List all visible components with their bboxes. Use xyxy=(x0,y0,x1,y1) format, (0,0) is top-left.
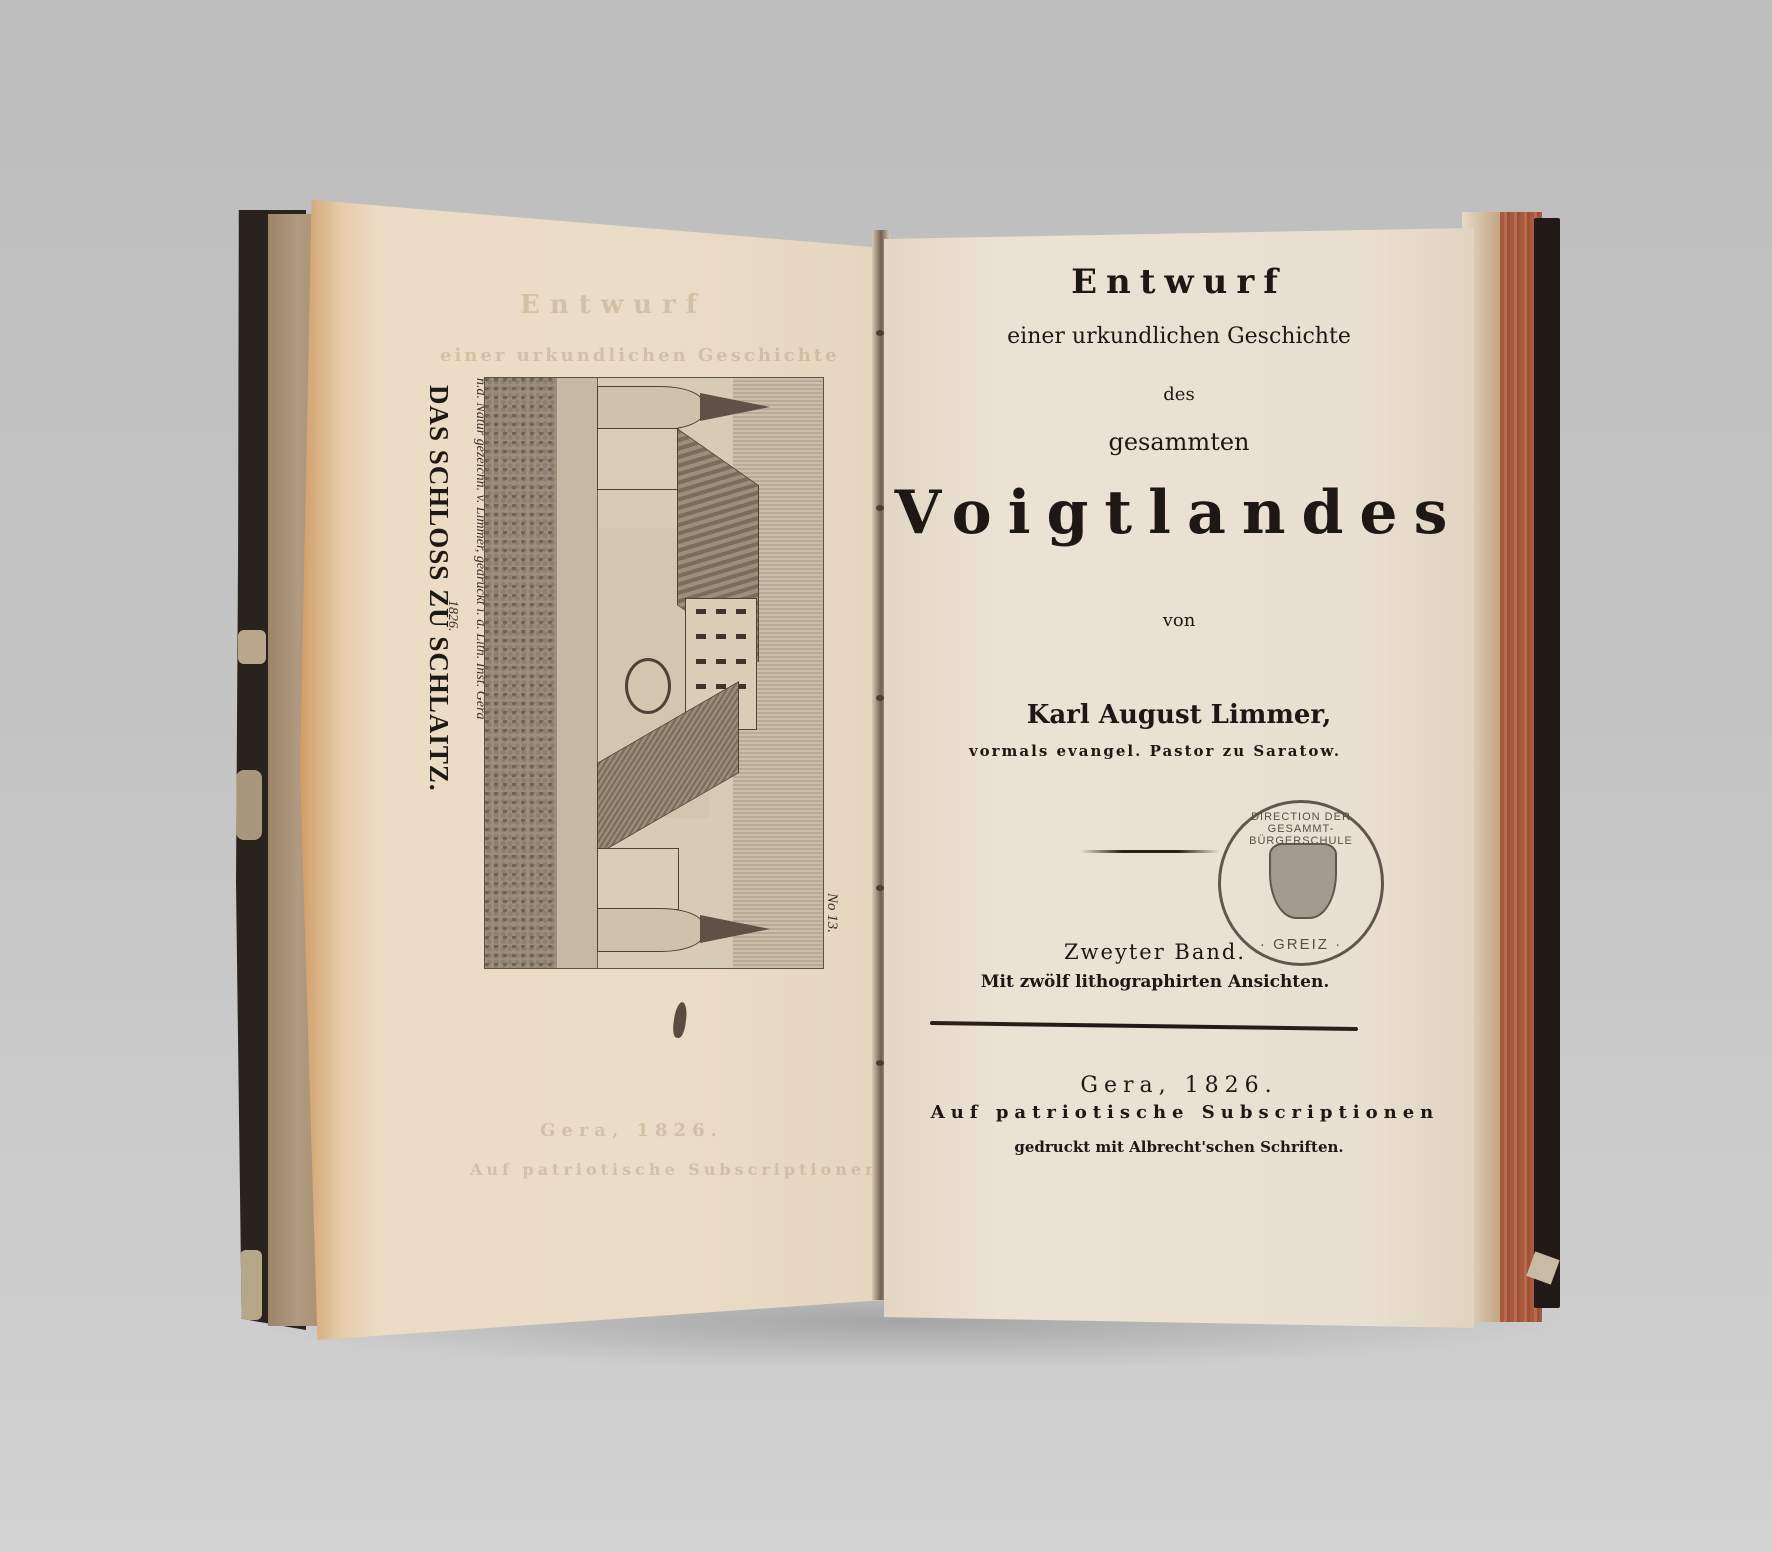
stamp-ring-text: DIRECTION DER GESAMMT-BÜRGERSCHULE xyxy=(1221,811,1381,847)
plate-year: 1826. xyxy=(444,600,460,632)
tower-bottom xyxy=(597,908,704,952)
author-name: Karl August Limmer, xyxy=(884,700,1474,730)
fountain xyxy=(625,658,671,714)
cover-wear xyxy=(236,770,262,840)
binding-stitch xyxy=(876,330,884,336)
title-von: von xyxy=(884,610,1474,631)
title-gesammten: gesammten xyxy=(884,428,1474,456)
volume-note: Mit zwölf lithographirten Ansichten. xyxy=(860,972,1450,992)
plate-caption: DAS SCHLOSS ZU SCHLAITZ. xyxy=(414,385,454,985)
title-des: des xyxy=(884,384,1474,405)
wing-top xyxy=(597,428,679,490)
binding-stitch xyxy=(876,885,884,891)
photo-scene: Entwurf einer urkundlichen Geschichte Ge… xyxy=(0,0,1772,1552)
author-role: vormals evangel. Pastor zu Saratow. xyxy=(860,742,1450,760)
cover-wear xyxy=(240,1250,262,1320)
cover-wear xyxy=(238,630,266,664)
castle-engraving xyxy=(484,377,824,969)
volume-label: Zweyter Band. xyxy=(860,940,1450,964)
road xyxy=(557,378,598,968)
shield-icon xyxy=(1269,843,1337,919)
spire-bottom xyxy=(700,915,770,943)
spire-top xyxy=(700,393,770,421)
show-through-text: Gera, 1826. xyxy=(540,1120,723,1141)
plate-number: No 13. xyxy=(823,893,840,933)
imprint-subscription: Auf patriotische Subscriptionen xyxy=(890,1102,1480,1123)
wing-bottom xyxy=(597,848,679,910)
title-entwurf: Entwurf xyxy=(884,262,1474,302)
binding-stitch xyxy=(876,695,884,701)
title-subtitle: einer urkundlichen Geschichte xyxy=(884,324,1474,349)
imprint-printer: gedruckt mit Albrecht'schen Schriften. xyxy=(884,1138,1474,1156)
binding-stitch xyxy=(876,1060,884,1066)
binding-stitch xyxy=(876,505,884,511)
show-through-text: Auf patriotische Subscriptionen xyxy=(470,1160,881,1179)
front-cover-edge xyxy=(1534,218,1560,1308)
imprint-place-year: Gera, 1826. xyxy=(884,1073,1474,1098)
show-through-text: Entwurf xyxy=(520,290,707,320)
show-through-text: einer urkundlichen Geschichte xyxy=(440,345,840,366)
divider-rule xyxy=(1080,850,1220,853)
tower-top xyxy=(597,386,704,430)
trees-foliage xyxy=(485,378,557,968)
title-main: Voigtlandes xyxy=(884,478,1474,548)
